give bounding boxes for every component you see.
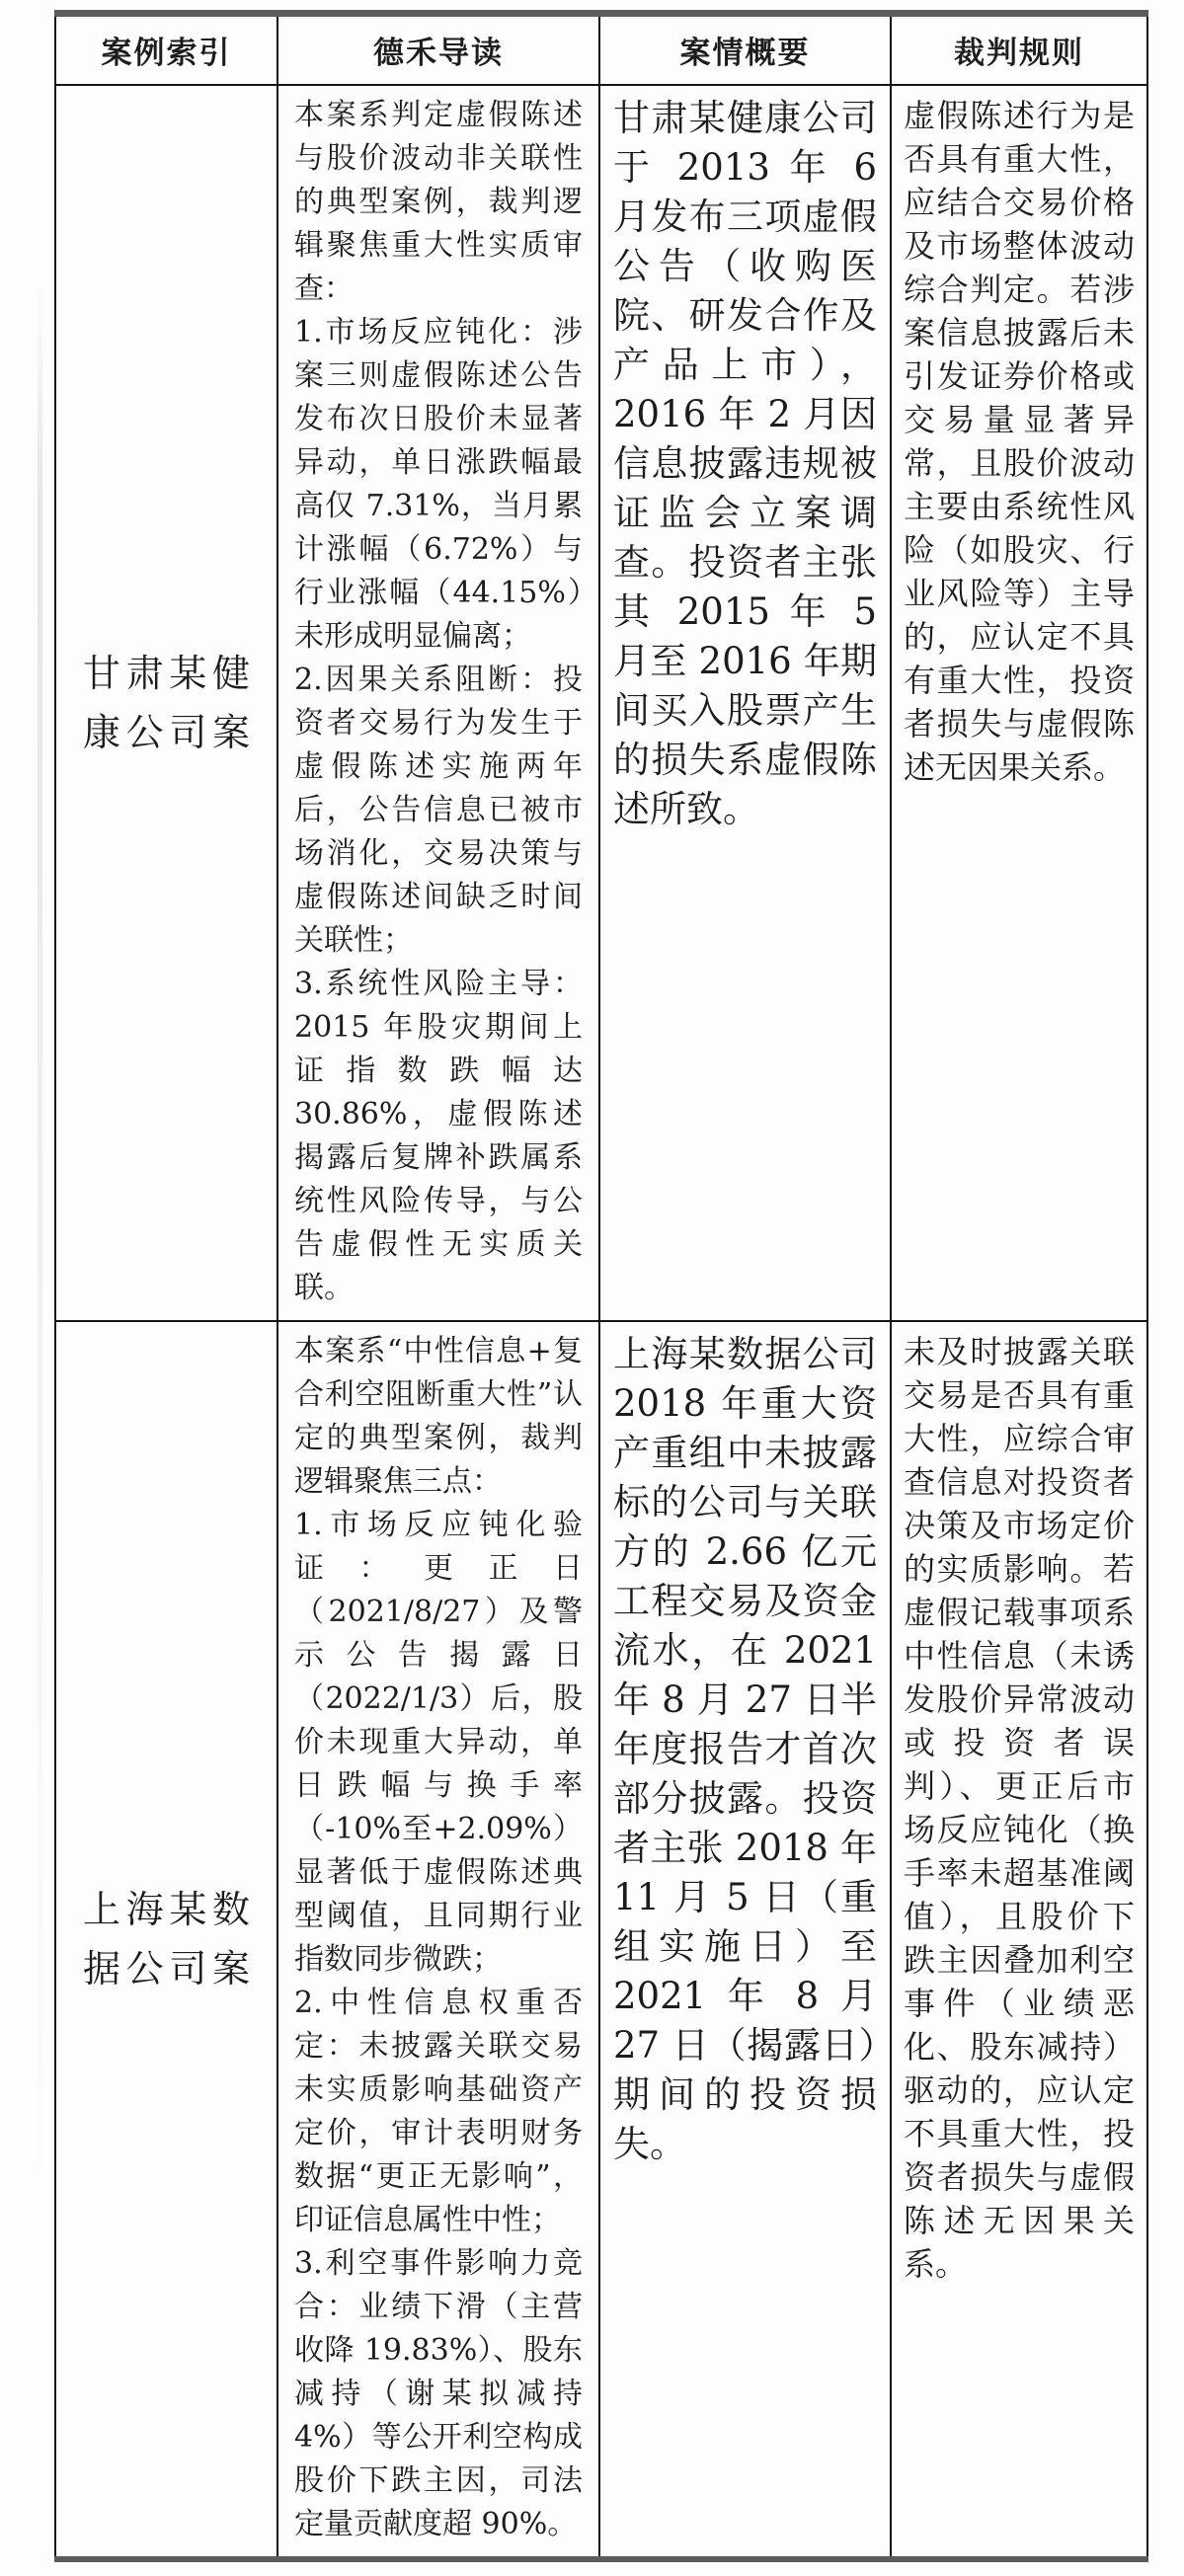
header-case-index: 案例索引 <box>55 14 277 85</box>
header-judgment-rule: 裁判规则 <box>891 14 1147 85</box>
header-case-summary: 案情概要 <box>599 14 891 85</box>
judgment-rule-cell: 虚假陈述行为是否具有重大性，应结合交易价格及市场整体波动综合判定。若涉案信息披露… <box>891 85 1147 1321</box>
case-summary-cell: 上海某数据公司 2018 年重大资产重组中未披露标的公司与关联方的 2.66 亿… <box>599 1321 891 2559</box>
table-row-shanghai-case: 上海某数据公司案 本案系“中性信息+复合利空阻断重大性”认定的典型案例，裁判逻辑… <box>55 1321 1147 2559</box>
scan-artifact <box>38 276 42 2202</box>
table-row-gansu-case: 甘肃某健康公司案 本案系判定虚假陈述与股价波动非关联性的典型案例，裁判逻辑聚焦重… <box>55 85 1147 1321</box>
case-index-cell: 甘肃某健康公司案 <box>55 85 277 1321</box>
document-page: 案例索引 德禾导读 案情概要 裁判规则 甘肃某健康公司案 本案系判定虚假陈述与股… <box>0 0 1184 2576</box>
case-rules-table: 案例索引 德禾导读 案情概要 裁判规则 甘肃某健康公司案 本案系判定虚假陈述与股… <box>54 10 1148 2562</box>
judgment-rule-cell: 未及时披露关联交易是否具有重大性，应综合审查信息对投资者决策及市场定价的实质影响… <box>891 1321 1147 2559</box>
case-index-cell: 上海某数据公司案 <box>55 1321 277 2559</box>
dehe-guide-cell: 本案系“中性信息+复合利空阻断重大性”认定的典型案例，裁判逻辑聚焦三点： 1.市… <box>277 1321 599 2559</box>
header-dehe-guide: 德禾导读 <box>277 14 599 85</box>
dehe-guide-cell: 本案系判定虚假陈述与股价波动非关联性的典型案例，裁判逻辑聚焦重大性实质审查： 1… <box>277 85 599 1321</box>
header-row: 案例索引 德禾导读 案情概要 裁判规则 <box>55 14 1147 85</box>
case-summary-cell: 甘肃某健康公司于 2013 年 6 月发布三项虚假公告（收购医院、研发合作及产品… <box>599 85 891 1321</box>
